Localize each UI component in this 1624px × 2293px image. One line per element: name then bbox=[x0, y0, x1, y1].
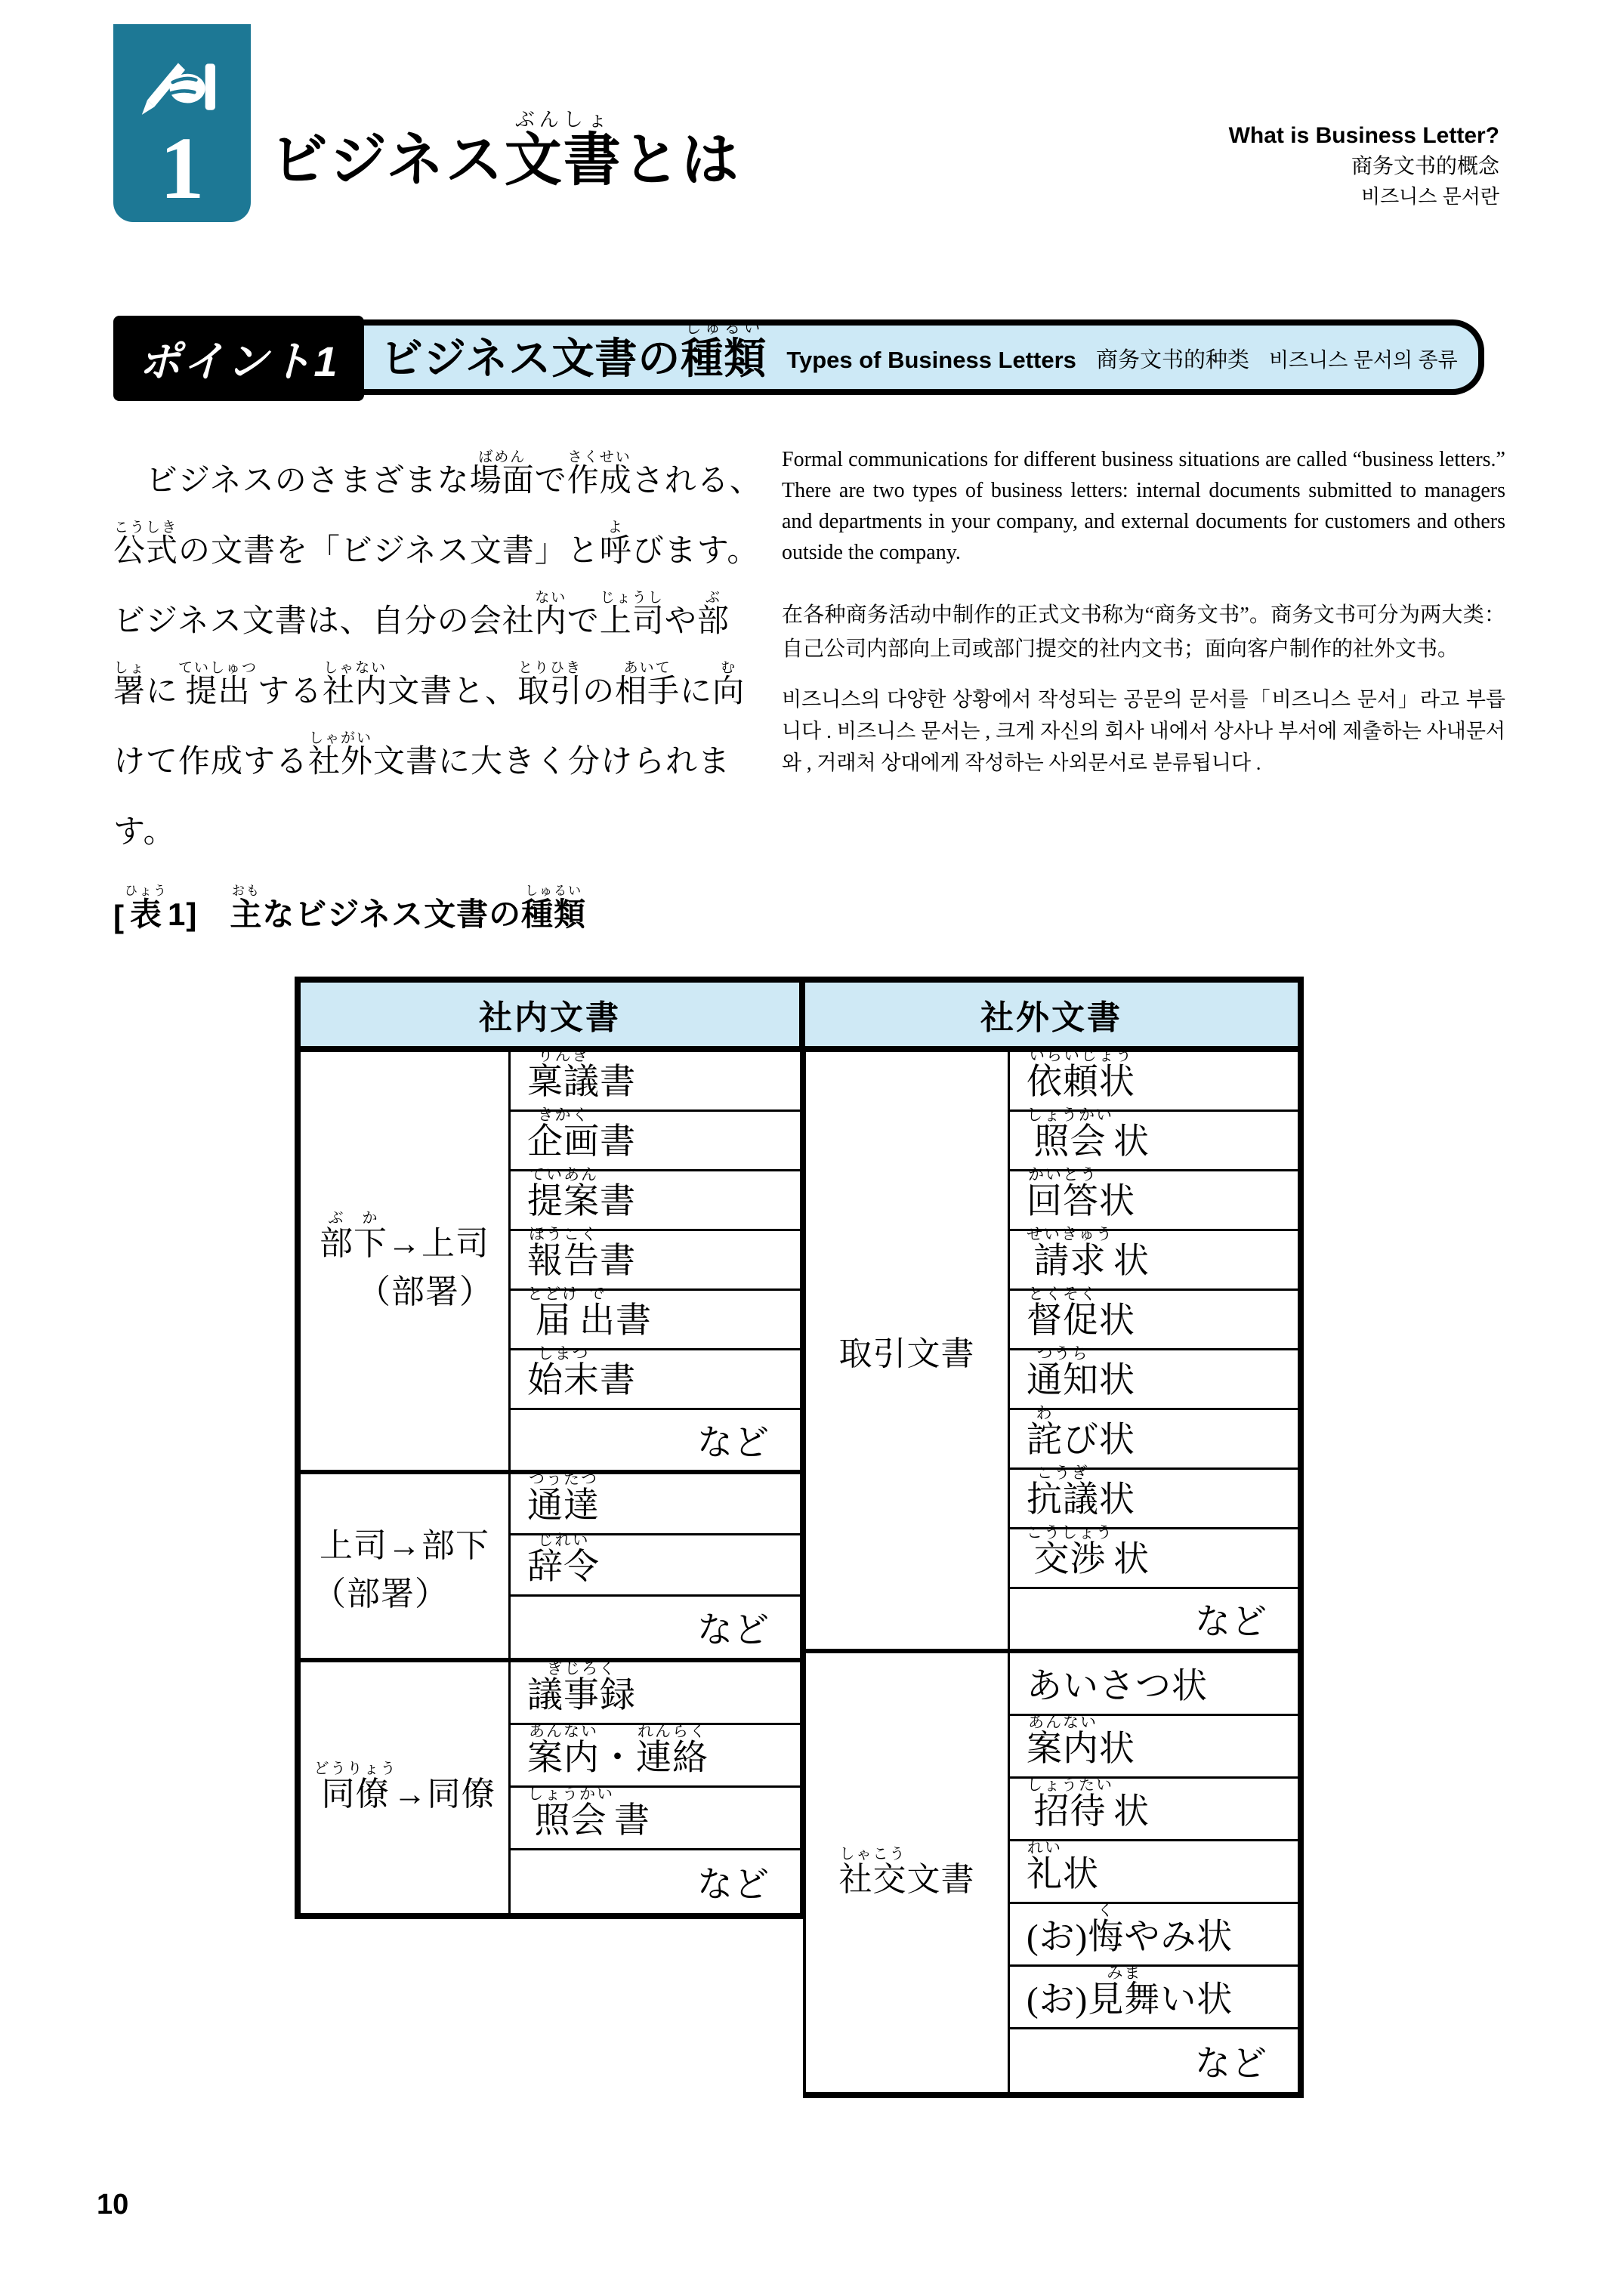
table-caption: [表ひょう1] 主おもなビジネス文書の種類しゅるい bbox=[113, 882, 586, 935]
point-1-title: ビジネス文書の種類しゅるい bbox=[381, 318, 767, 380]
business-letter-types-table: 社内文書 社外文書 部ぶ下か→上司（部署）稟議りんぎ書企画きかく書提案ていあん書… bbox=[295, 977, 1304, 2098]
body-text-line: す。 bbox=[113, 782, 778, 852]
table-item: 届とどけ出で書 bbox=[511, 1291, 800, 1350]
table-item: 通知つうち状 bbox=[1010, 1350, 1298, 1410]
table-item-etc: など bbox=[511, 1410, 800, 1470]
table-item: (お)見舞みまい状 bbox=[1010, 1967, 1298, 2029]
body-text-english: Formal communications for different busi… bbox=[782, 444, 1505, 568]
table-header-external: 社外文書 bbox=[799, 983, 1298, 1046]
table-header-internal: 社内文書 bbox=[301, 983, 799, 1046]
group-label-text: 部ぶ下か→上司 bbox=[305, 1210, 504, 1264]
table-group-label: 部ぶ下か→上司（部署） bbox=[301, 1052, 511, 1470]
group-label-text: 取引文書 bbox=[810, 1326, 1003, 1375]
table-group-label: 取引文書 bbox=[806, 1052, 1010, 1649]
table-group: 社交しゃこう文書あいさつ状案内あんない状招待しょうたい状礼れい状(お)悔くやみ状… bbox=[806, 1653, 1298, 2092]
table-item: 詫わび状 bbox=[1010, 1410, 1298, 1470]
group-label-subtext: （部署） bbox=[305, 1566, 504, 1615]
table-item: 辞令じれい bbox=[511, 1535, 800, 1597]
point-1-title-box: ビジネス文書の種類しゅるい Types of Business Letters … bbox=[355, 319, 1484, 395]
table-group-items: 通達つうたつ辞令じれいなど bbox=[511, 1474, 800, 1658]
body-text-line: 公式こうしきの文書を「ビジネス文書」と呼よびます。 bbox=[113, 501, 778, 571]
table-header-row: 社内文書 社外文書 bbox=[295, 977, 1304, 1052]
table-item: 請求せいきゅう状 bbox=[1010, 1231, 1298, 1291]
table-item: 交渉こうしょう状 bbox=[1010, 1529, 1298, 1589]
table-item: (お)悔くやみ状 bbox=[1010, 1904, 1298, 1967]
table-item-etc: など bbox=[1010, 1589, 1298, 1649]
table-item: 礼れい状 bbox=[1010, 1841, 1298, 1904]
table-body: 部ぶ下か→上司（部署）稟議りんぎ書企画きかく書提案ていあん書報告ほうこく書届とど… bbox=[295, 1052, 1304, 2098]
writing-hand-icon bbox=[137, 50, 227, 119]
title-translations: What is Business Letter? 商务文书的概念 비즈니스 문서… bbox=[1229, 121, 1499, 211]
table-item: 抗議こうぎ状 bbox=[1010, 1470, 1298, 1529]
body-text-chinese: 在各种商务活动中制作的正式文书称为“商务文书”。商务文书可分为两大类：自己公司内… bbox=[782, 598, 1505, 666]
table-group-items: 依頼状いらいじょう照会しょうかい状回答かいとう状請求せいきゅう状督促とくそく状通… bbox=[1010, 1052, 1298, 1649]
table-item: 報告ほうこく書 bbox=[511, 1231, 800, 1291]
point-1-title-zh: 商务文书的种类 bbox=[1096, 343, 1249, 380]
table-item-etc: など bbox=[1010, 2029, 1298, 2092]
chapter-badge: 1 bbox=[113, 24, 251, 222]
body-text-line: 署しょに提出ていしゅつする社内しゃない文書と、取引とりひきの相手あいてに向む bbox=[113, 641, 778, 711]
table-item: 通達つうたつ bbox=[511, 1474, 800, 1535]
table-item: 依頼状いらいじょう bbox=[1010, 1052, 1298, 1112]
table-group: 部ぶ下か→上司（部署）稟議りんぎ書企画きかく書提案ていあん書報告ほうこく書届とど… bbox=[301, 1052, 800, 1474]
textbook-page: { "chapter": { "number": "1", "title_rub… bbox=[0, 0, 1624, 2293]
table-group-items: 稟議りんぎ書企画きかく書提案ていあん書報告ほうこく書届とどけ出で書始末しまつ書な… bbox=[511, 1052, 800, 1470]
table-item: 始末しまつ書 bbox=[511, 1350, 800, 1410]
table-item: 照会しょうかい状 bbox=[1010, 1112, 1298, 1171]
title-zh: 商务文书的概念 bbox=[1229, 151, 1499, 181]
table-group: 上司→部下（部署）通達つうたつ辞令じれいなど bbox=[301, 1474, 800, 1662]
table-column-internal: 部ぶ下か→上司（部署）稟議りんぎ書企画きかく書提案ていあん書報告ほうこく書届とど… bbox=[295, 1052, 803, 1919]
table-group: 取引文書依頼状いらいじょう照会しょうかい状回答かいとう状請求せいきゅう状督促とく… bbox=[806, 1052, 1298, 1653]
page-number: 10 bbox=[97, 2189, 128, 2221]
table-group-items: あいさつ状案内あんない状招待しょうたい状礼れい状(お)悔くやみ状(お)見舞みまい… bbox=[1010, 1653, 1298, 2092]
body-text-line: けて作成する社外しゃがい文書に大きく分けられま bbox=[113, 711, 778, 782]
table-group-label: 同僚どうりょう→同僚 bbox=[301, 1662, 511, 1913]
table-item: 案内あんない・連絡れんらく bbox=[511, 1725, 800, 1788]
table-item: 案内あんない状 bbox=[1010, 1716, 1298, 1779]
table-item: 照会しょうかい書 bbox=[511, 1788, 800, 1850]
table-item-etc: など bbox=[511, 1850, 800, 1913]
table-group-items: 議事録ぎじろく案内あんない・連絡れんらく照会しょうかい書など bbox=[511, 1662, 800, 1913]
table-group-label: 社交しゃこう文書 bbox=[806, 1653, 1010, 2092]
table-item: 提案ていあん書 bbox=[511, 1171, 800, 1231]
body-text-line: ビジネス文書は、自分の会社内ないで上司じょうしや部ぶ bbox=[113, 571, 778, 641]
table-group: 同僚どうりょう→同僚議事録ぎじろく案内あんない・連絡れんらく照会しょうかい書など bbox=[301, 1662, 800, 1913]
table-item: 稟議りんぎ書 bbox=[511, 1052, 800, 1112]
title-ko: 비즈니스 문서란 bbox=[1229, 181, 1499, 211]
title-en: What is Business Letter? bbox=[1229, 121, 1499, 151]
group-label-text: 社交しゃこう文書 bbox=[810, 1846, 1003, 1900]
page-title: ビジネス文書ぶんしょとは bbox=[270, 69, 740, 196]
table-item: 招待しょうたい状 bbox=[1010, 1779, 1298, 1841]
body-text-korean: 비즈니스의 다양한 상황에서 작성되는 공문의 문서를「비즈니스 문서」라고 부… bbox=[782, 684, 1505, 779]
table-group-label: 上司→部下（部署） bbox=[301, 1474, 511, 1658]
point-1-title-en: Types of Business Letters bbox=[786, 347, 1076, 380]
table-item: 企画きかく書 bbox=[511, 1112, 800, 1171]
table-item: 議事録ぎじろく bbox=[511, 1662, 800, 1725]
group-label-text: 上司→部下 bbox=[305, 1518, 504, 1566]
point-1-label: ポイント1 bbox=[113, 316, 364, 401]
group-label-subtext: （部署） bbox=[305, 1264, 504, 1313]
chapter-number: 1 bbox=[160, 124, 205, 213]
point-1-title-ko: 비즈니스 문서의 종류 bbox=[1269, 344, 1458, 380]
table-item: あいさつ状 bbox=[1010, 1653, 1298, 1716]
point-1-bar: ビジネス文書の種類しゅるい Types of Business Letters … bbox=[113, 319, 1484, 395]
table-item: 回答かいとう状 bbox=[1010, 1171, 1298, 1231]
body-text-japanese: ビジネスのさまざまな場面ばめんで作成さくせいされる、公式こうしきの文書を「ビジネ… bbox=[113, 431, 778, 852]
table-item-etc: など bbox=[511, 1597, 800, 1658]
group-label-text: 同僚どうりょう→同僚 bbox=[305, 1761, 504, 1815]
table-column-external: 取引文書依頼状いらいじょう照会しょうかい状回答かいとう状請求せいきゅう状督促とく… bbox=[803, 1052, 1304, 2098]
table-item: 督促とくそく状 bbox=[1010, 1291, 1298, 1350]
body-text-line: ビジネスのさまざまな場面ばめんで作成さくせいされる、 bbox=[113, 431, 778, 501]
